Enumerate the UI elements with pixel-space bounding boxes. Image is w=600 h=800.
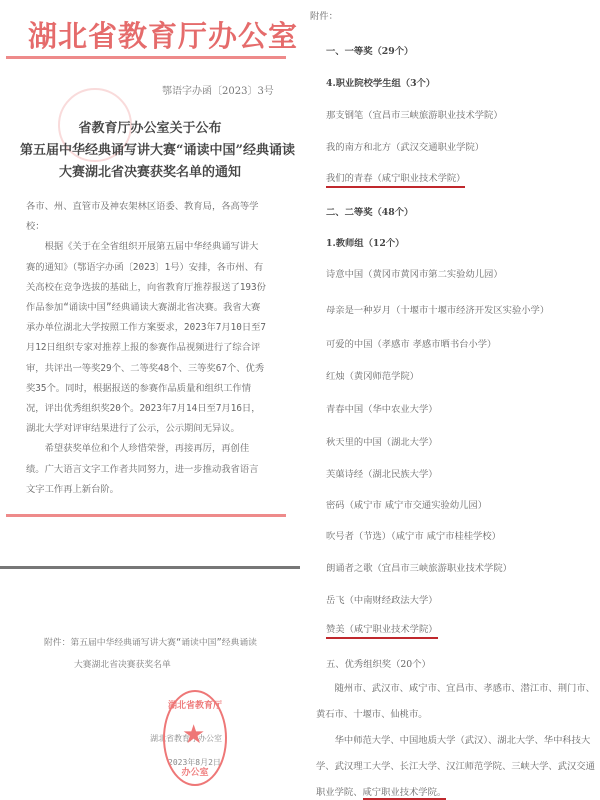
attachment-line: 大赛湖北省决赛获奖名单 (44, 654, 284, 676)
notice-page: 湖北省教育厅办公室 鄂语字办函〔2023〕3号 省教育厅办公室关于公布 第五届中… (0, 0, 300, 800)
org-award-schools: 华中师范大学、中国地质大学（武汉）、湖北大学、华中科技大学、武汉理工大学、长江大… (316, 728, 596, 800)
footer-red-rule (6, 514, 286, 517)
award-entry: 可爱的中国（孝感市 孝感市晒书台小学） (326, 336, 496, 350)
notice-title: 省教育厅办公室关于公布 第五届中华经典诵写讲大赛“诵读中国”经典诵读 大赛湖北省… (20, 118, 280, 184)
letterhead-title: 湖北省教育厅办公室 (28, 14, 268, 55)
org-award-schools-text: 华中师范大学、中国地质大学（武汉）、湖北大学、华中科技大学、武汉理工大学、长江大… (316, 735, 595, 798)
official-seal-icon: 湖北省教育厅 ★ 办公室 (163, 690, 227, 786)
award-entry: 秋天里的中国（湖北大学） (326, 434, 438, 448)
vocational-group-heading: 4.职业院校学生组（3个） (326, 75, 435, 89)
award-entry: 青春中国（华中农业大学） (326, 401, 438, 415)
award-entry: 母亲是一种岁月（十堰市十堰市经济开发区实验小学） (326, 302, 549, 316)
award-list-page: 附件： 一、一等奖（29个） 4.职业院校学生组（3个） 那支钢笔（宜昌市三峡旅… (300, 0, 600, 800)
award-entry: 诗意中国（黄冈市黄冈市第二实验幼儿园） (326, 266, 503, 280)
award-entry: 红烛（黄冈师范学院） (326, 368, 419, 382)
org-award-highlighted-school: 咸宁职业技术学院。 (363, 787, 447, 800)
org-award-cities: 随州市、武汉市、咸宁市、宜昌市、孝感市、潜江市、荆门市、黄石市、十堰市、仙桃市。 (316, 676, 596, 728)
award-entry: 芙蕖诗经（湖北民族大学） (326, 466, 438, 480)
award-entry-highlighted: 我们的青春（咸宁职业技术学院） (326, 170, 465, 188)
second-prize-heading: 二、二等奖（48个） (326, 204, 413, 218)
salutation: 各市、州、直管市及神农架林区语委、教育局，各高等学校： (26, 197, 266, 237)
award-entry: 我的南方和北方（武汉交通职业学院） (326, 139, 484, 153)
attachment-line: 附件：第五届中华经典诵写讲大赛“诵读中国”经典诵读 (44, 632, 284, 654)
attachment-note: 附件：第五届中华经典诵写讲大赛“诵读中国”经典诵读 大赛湖北省决赛获奖名单 (44, 632, 284, 676)
award-entry: 朗诵者之歌（宜昌市三峡旅游职业技术学院） (326, 560, 512, 574)
letterhead-red-rule (6, 56, 286, 59)
notice-body: 各市、州、直管市及神农架林区语委、教育局，各高等学校： 根据《关于在全省组织开展… (26, 197, 266, 500)
org-award-heading: 五、优秀组织奖（20个） (326, 656, 431, 670)
org-award-list: 随州市、武汉市、咸宁市、宜昌市、孝感市、潜江市、荆门市、黄石市、十堰市、仙桃市。… (316, 676, 596, 800)
seal-bottom-text: 办公室 (165, 765, 225, 778)
award-entry: 岳飞（中南财经政法大学） (326, 592, 438, 606)
first-prize-heading: 一、一等奖（29个） (326, 43, 413, 57)
document-number: 鄂语字办函〔2023〕3号 (162, 82, 274, 97)
notice-title-line: 大赛湖北省决赛获奖名单的通知 (20, 162, 280, 184)
teacher-group-heading: 1.教师组（12个） (326, 235, 404, 249)
notice-title-line: 省教育厅办公室关于公布 (20, 118, 280, 140)
body-paragraph: 希望获奖单位和个人珍惜荣誉，再接再厉，再创佳绩。广大语言文字工作者共同努力，进一… (26, 439, 266, 500)
award-entry: 吹号者（节选）（咸宁市 咸宁市桂桂学校） (326, 528, 501, 542)
seal-top-text: 湖北省教育厅 (165, 698, 225, 711)
award-entry-highlighted: 赞美（咸宁职业技术学院） (326, 621, 438, 639)
attachment-label: 附件： (310, 8, 338, 22)
award-entry: 那支钢笔（宜昌市三峡旅游职业技术学院） (326, 107, 503, 121)
body-paragraph: 根据《关于在全省组织开展第五届中华经典诵写讲大赛的通知》（鄂语字办函〔2023〕… (26, 237, 266, 439)
star-icon: ★ (182, 722, 205, 748)
page-divider (0, 566, 300, 569)
award-entry: 密码（咸宁市 咸宁市交通实验幼儿园） (326, 497, 487, 511)
notice-title-line: 第五届中华经典诵写讲大赛“诵读中国”经典诵读 (20, 140, 280, 162)
